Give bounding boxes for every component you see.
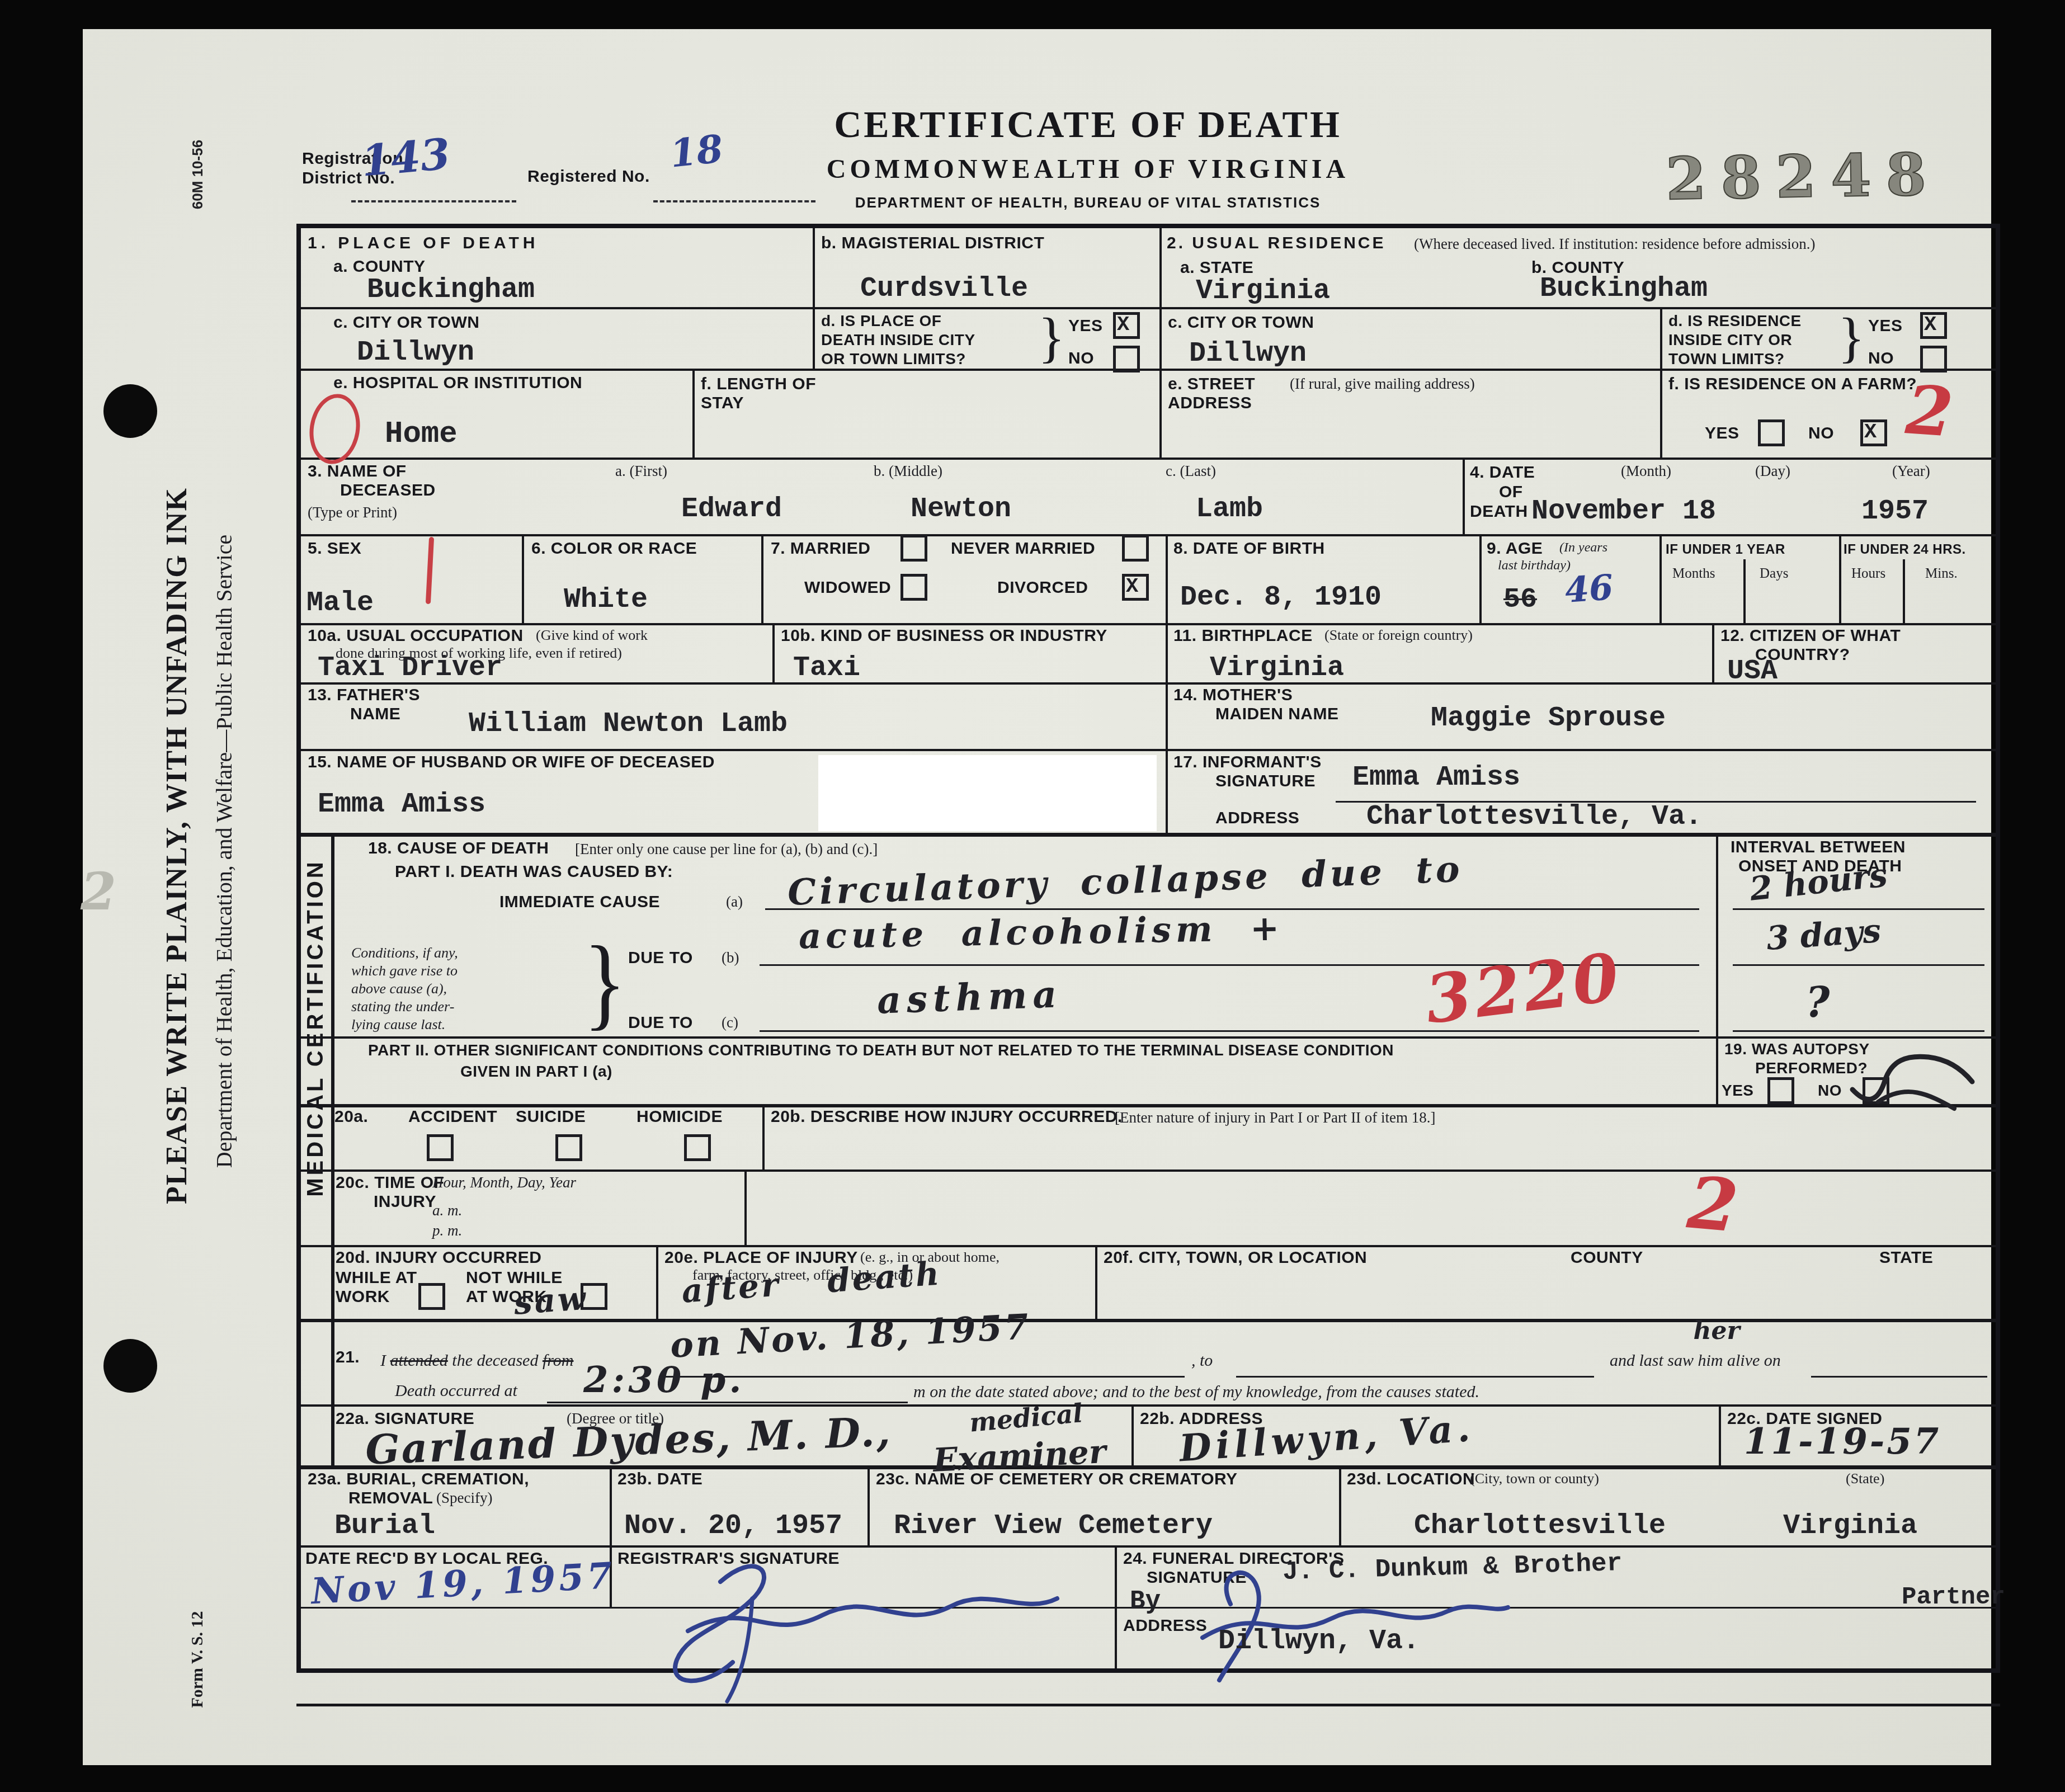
- residence-city-label: c. CITY OR TOWN: [1168, 313, 1314, 332]
- industry-label: 10b. KIND OF BUSINESS OR INDUSTRY: [781, 626, 1107, 645]
- occupation-label: 10a. USUAL OCCUPATION: [308, 626, 524, 645]
- father-name-value: William Newton Lamb: [469, 710, 788, 738]
- burial-value: Burial: [334, 1512, 435, 1540]
- district-no-value: 143: [360, 133, 452, 183]
- mins-label: Mins.: [1925, 566, 1958, 582]
- suicide-label: SUICIDE: [516, 1107, 586, 1126]
- injury-county-label: COUNTY: [1571, 1248, 1643, 1267]
- sex-label: 5. SEX: [308, 539, 361, 558]
- divider: [744, 1169, 747, 1245]
- burial-date-label: 23b. DATE: [617, 1470, 703, 1489]
- date-of-death-label-1: 4. DATE: [1470, 463, 1535, 482]
- department-subtitle: DEPARTMENT OF HEALTH, BUREAU OF VITAL ST…: [696, 195, 1479, 211]
- while-at-work-checkbox: [418, 1283, 445, 1310]
- cause-c-letter: (c): [722, 1015, 738, 1031]
- due-to-c-label: DUE TO: [628, 1013, 693, 1032]
- rule: [301, 749, 1996, 751]
- accident-checkbox: [427, 1134, 454, 1161]
- last-saw-sentence: and last saw himher alive on: [1610, 1351, 1781, 1370]
- medical-certification-rail: [331, 833, 334, 1465]
- due-to-b-label: DUE TO: [628, 949, 693, 968]
- citizen-value: USA: [1727, 658, 1778, 686]
- red-cause-code: 3220: [1422, 944, 1625, 1033]
- widowed-checkbox: [901, 574, 927, 601]
- mother-label-2: MAIDEN NAME: [1215, 705, 1339, 724]
- injury-occurred-label: 20d. INJURY OCCURRED: [336, 1248, 541, 1267]
- conditions-note-2: which gave rise to: [351, 963, 458, 979]
- months-label: Months: [1672, 566, 1715, 582]
- funeral-director-signature: [1168, 1558, 1515, 1687]
- rule: [301, 623, 1996, 625]
- hours-label: Hours: [1851, 566, 1885, 582]
- cemetery-city-value: Charlottesville: [1414, 1512, 1666, 1540]
- cause-b-value: acute alcoholism +: [799, 911, 1284, 954]
- farm-label: f. IS RESIDENCE ON A FARM?: [1668, 375, 1917, 394]
- funeral-address-label: ADDRESS: [1123, 1616, 1207, 1635]
- cemetery-location-note: (City, town or county): [1470, 1471, 1599, 1487]
- divider: [1166, 534, 1168, 833]
- autopsy-yes-checkbox: [1767, 1077, 1794, 1104]
- divider: [1903, 559, 1905, 623]
- hospital-value: Home: [385, 419, 458, 450]
- rule: [301, 369, 1996, 371]
- interval-c-line: [1733, 1030, 1984, 1032]
- month-label: (Month): [1621, 463, 1671, 480]
- serial-number-stamp: 28248: [1665, 145, 1941, 209]
- by-label: By: [1130, 1588, 1161, 1614]
- divider: [1719, 1404, 1721, 1465]
- limits-yes-label: YES: [1068, 317, 1103, 336]
- name-of-deceased-label-2: DECEASED: [340, 481, 436, 500]
- burial-note: (Specify): [436, 1490, 492, 1507]
- am-label: a. m.: [432, 1202, 462, 1219]
- spouse-label: 15. NAME OF HUSBAND OR WIFE OF DECEASED: [308, 753, 715, 772]
- farm-no-label: NO: [1808, 424, 1834, 443]
- cemetery-state-note: (State): [1846, 1471, 1884, 1487]
- conditions-note-3: above cause (a),: [351, 981, 447, 997]
- conditions-note-5: lying cause last.: [351, 1017, 445, 1033]
- married-checkbox: [901, 535, 927, 562]
- divider: [1159, 228, 1162, 458]
- informant-label-2: SIGNATURE: [1215, 772, 1316, 791]
- death-time-value: 2:30 p.: [583, 1362, 745, 1398]
- limits-no-checkbox: [1113, 346, 1140, 372]
- him-word: himher: [1698, 1351, 1723, 1370]
- farm-no-checkbox: X: [1860, 419, 1887, 446]
- certificate-paper: 60M 10-56 PLEASE WRITE PLAINLY, WITH UNF…: [83, 29, 1991, 1765]
- red-code-sex: [426, 537, 434, 604]
- brace: }: [1038, 310, 1065, 366]
- part2-label-2: GIVEN IN PART I (a): [460, 1063, 612, 1080]
- district-no-line: [351, 200, 516, 202]
- father-label-2: NAME: [350, 705, 400, 724]
- res-limits-yes-checkbox: X: [1920, 312, 1947, 339]
- death-time-line: [547, 1402, 908, 1403]
- age-note-2: last birthday): [1498, 558, 1571, 573]
- divider: [1659, 534, 1662, 623]
- brace: }: [583, 931, 626, 1034]
- race-label: 6. COLOR OR RACE: [531, 539, 697, 558]
- age-struck-value: 56: [1503, 586, 1537, 614]
- cause-a-letter: (a): [726, 894, 743, 911]
- date-of-death-label-2: OF: [1499, 483, 1523, 502]
- birthplace-value: Virginia: [1210, 654, 1344, 682]
- divider: [1463, 458, 1465, 534]
- days-label: Days: [1760, 566, 1788, 582]
- while-at-label: WHILE AT: [336, 1268, 417, 1288]
- certificate-title: CERTIFICATE OF DEATH: [696, 103, 1479, 145]
- race-value: White: [564, 586, 648, 614]
- certificate-form: 1. PLACE OF DEATH a. COUNTY Buckingham b…: [296, 224, 2000, 1673]
- divider: [522, 534, 524, 623]
- under-24-hrs-label: IF UNDER 24 HRS.: [1844, 543, 1966, 558]
- married-label: 7. MARRIED: [771, 539, 870, 558]
- punch-hole-top: [103, 384, 157, 438]
- cause-c-line: [760, 1030, 1699, 1032]
- divider: [1712, 623, 1714, 682]
- interval-label-1: INTERVAL BETWEEN: [1731, 838, 1906, 857]
- county-value: Buckingham: [367, 276, 535, 304]
- to-label: , to: [1191, 1351, 1213, 1370]
- red-code-hospital: [305, 390, 365, 468]
- limits-no-label: NO: [1068, 349, 1094, 368]
- cause-c-value: asthma: [876, 975, 1063, 1019]
- magisterial-label: b. MAGISTERIAL DISTRICT: [821, 234, 1044, 253]
- age-corrected-value: 46: [1564, 570, 1614, 608]
- pencil-mark: 2: [81, 866, 116, 917]
- spouse-value: Emma Amiss: [318, 791, 485, 819]
- date-signed-value: 11-19-57: [1744, 1424, 1941, 1460]
- occupation-value: Taxi Driver: [318, 654, 502, 682]
- immediate-cause-label: IMMEDIATE CAUSE: [499, 893, 660, 912]
- city-value: Dillwyn: [357, 339, 474, 367]
- divorced-label: DIVORCED: [997, 578, 1088, 597]
- res-limits-label-2: INSIDE CITY OR: [1668, 331, 1792, 348]
- usual-residence-note: (Where deceased lived. If institution: r…: [1414, 236, 1815, 253]
- res-limits-yes-label: YES: [1868, 317, 1903, 336]
- under-1-year-label: IF UNDER 1 YEAR: [1666, 543, 1785, 558]
- divider: [1131, 1404, 1134, 1465]
- death-occurred-rest: m on the date stated above; and to the b…: [913, 1383, 1479, 1401]
- length-of-stay-label-2: STAY: [701, 394, 744, 413]
- interval-a-line: [1733, 908, 1984, 910]
- rule: [301, 1545, 1996, 1548]
- limits-label-3: OR TOWN LIMITS?: [821, 350, 966, 367]
- father-label-1: 13. FATHER'S: [308, 686, 420, 705]
- middle-name-label: b. (Middle): [874, 463, 942, 480]
- date-of-death-label-3: DEATH: [1470, 502, 1528, 521]
- divider: [1479, 534, 1482, 623]
- divider: [610, 1465, 612, 1545]
- partner-label: Partner: [1902, 1585, 2005, 1610]
- never-married-checkbox: [1122, 535, 1149, 562]
- divider: [868, 1465, 870, 1545]
- res-limits-label-1: d. IS RESIDENCE: [1668, 312, 1802, 329]
- attended-to-line: [1236, 1376, 1594, 1378]
- res-limits-no-checkbox: [1920, 346, 1947, 372]
- cemetery-label: 23c. NAME OF CEMETERY OR CREMATORY: [876, 1470, 1238, 1489]
- brace: }: [1838, 310, 1865, 366]
- divider: [1339, 1465, 1341, 1545]
- item-21-number: 21.: [336, 1348, 360, 1367]
- burial-label-2: REMOVAL: [348, 1489, 433, 1508]
- time-of-injury-note: Hour, Month, Day, Year: [432, 1175, 576, 1191]
- informant-signature-value: Emma Amiss: [1352, 764, 1520, 792]
- street-note: (If rural, give mailing address): [1290, 376, 1475, 393]
- hospital-label: e. HOSPITAL OR INSTITUTION: [333, 374, 582, 393]
- last-name-label: c. (Last): [1166, 463, 1216, 480]
- farm-yes-checkbox: [1758, 419, 1785, 446]
- place-of-death-title: 1. PLACE OF DEATH: [308, 234, 539, 253]
- street-label-1: e. STREET: [1168, 375, 1255, 394]
- farm-yes-label: YES: [1705, 424, 1739, 443]
- residence-city-value: Dillwyn: [1189, 340, 1307, 368]
- first-name-value: Edward: [681, 496, 782, 524]
- street-label-2: ADDRESS: [1168, 394, 1252, 413]
- limits-label-1: d. IS PLACE OF: [821, 312, 941, 329]
- death-month-day-value: November 18: [1531, 498, 1716, 526]
- registrar-signature: [637, 1547, 1073, 1704]
- residence-state-value: Virginia: [1196, 277, 1330, 305]
- rule: [301, 458, 1996, 460]
- bottom-rule: [296, 1704, 2000, 1706]
- last-name-value: Lamb: [1196, 496, 1263, 524]
- divider: [762, 1104, 765, 1169]
- medical-certification-label: MEDICAL CERTIFICATION: [303, 859, 328, 1197]
- cause-a-value: Circulatory collapse due to: [787, 852, 1463, 911]
- informant-address-label: ADDRESS: [1215, 809, 1299, 828]
- conditions-note-1: Conditions, if any,: [351, 945, 458, 961]
- burial-date-value: Nov. 20, 1957: [624, 1512, 842, 1540]
- cemetery-value: River View Cemetery: [894, 1512, 1213, 1540]
- middle-name-value: Newton: [911, 496, 1011, 524]
- injury-class-number: 20a.: [334, 1107, 368, 1126]
- citizen-label-1: 12. CITIZEN OF WHAT: [1720, 626, 1901, 645]
- interval-c-value: ?: [1805, 982, 1830, 1024]
- res-limits-label-3: TOWN LIMITS?: [1668, 350, 1785, 367]
- never-married-label: NEVER MARRIED: [951, 539, 1095, 558]
- name-of-deceased-label-1: 3. NAME OF: [308, 462, 407, 481]
- rule: [301, 1169, 1996, 1172]
- date-of-birth-value: Dec. 8, 1910: [1180, 584, 1382, 612]
- autopsy-yes-label: YES: [1722, 1082, 1754, 1099]
- part1-label: PART I. DEATH WAS CAUSED BY:: [395, 862, 673, 881]
- registered-no-label: Registered No.: [527, 167, 650, 186]
- date-of-birth-label: 8. DATE OF BIRTH: [1173, 539, 1325, 558]
- rule: [301, 1404, 1996, 1407]
- red-code-injury: 2: [1685, 1167, 1741, 1242]
- suicide-checkbox: [555, 1134, 582, 1161]
- attended-date-value: on Nov. 18, 1957: [670, 1309, 1031, 1363]
- commonwealth-subtitle: COMMONWEALTH OF VIRGINIA: [696, 154, 1479, 185]
- informant-address-value: Charlottesville, Va.: [1366, 803, 1702, 831]
- industry-value: Taxi: [793, 654, 860, 682]
- print-code: 60M 10-56: [189, 140, 206, 209]
- autopsy-no-checkmark: [1845, 1046, 1979, 1113]
- red-code-farm: 2: [1904, 376, 1955, 447]
- first-name-label: a. (First): [615, 463, 667, 480]
- cemetery-location-label: 23d. LOCATION: [1347, 1470, 1475, 1489]
- divider: [1115, 1545, 1117, 1668]
- write-plainly-notice: PLEASE WRITE PLAINLY, WITH UNFADING INK: [161, 487, 194, 1204]
- day-label: (Day): [1755, 463, 1790, 480]
- part2-label-1: PART II. OTHER SIGNIFICANT CONDITIONS CO…: [368, 1041, 1394, 1059]
- widowed-label: WIDOWED: [804, 578, 891, 597]
- autopsy-no-label: NO: [1818, 1082, 1842, 1099]
- usual-residence-title: 2. USUAL RESIDENCE: [1167, 234, 1386, 253]
- divider: [1660, 307, 1662, 458]
- time-of-injury-label-2: INJURY: [374, 1192, 436, 1211]
- cause-of-death-label: 18. CAUSE OF DEATH: [368, 839, 549, 858]
- conditions-note-4: stating the under-: [351, 999, 454, 1015]
- length-of-stay-label-1: f. LENGTH OF: [701, 375, 816, 394]
- res-limits-no-label: NO: [1868, 349, 1894, 368]
- her-annotation: her: [1694, 1319, 1740, 1343]
- birthplace-note: (State or foreign country): [1324, 628, 1473, 644]
- divider: [692, 369, 695, 458]
- margin-department-line: Department of Health, Education, and Wel…: [211, 535, 237, 1168]
- rule-thick: [301, 1319, 1996, 1322]
- interval-b-value: 3 days: [1765, 914, 1882, 955]
- limits-yes-checkbox: X: [1113, 312, 1140, 339]
- city-label: c. CITY OR TOWN: [333, 313, 479, 332]
- divider: [813, 228, 815, 369]
- divider: [1716, 833, 1718, 1104]
- sex-value: Male: [307, 590, 374, 617]
- divider: [772, 623, 775, 682]
- homicide-label: HOMICIDE: [637, 1107, 723, 1126]
- time-of-injury-label-1: 20c. TIME OF: [336, 1173, 444, 1192]
- residence-county-value: Buckingham: [1540, 275, 1708, 303]
- injury-state-label: STATE: [1879, 1248, 1933, 1267]
- death-year-value: 1957: [1861, 498, 1929, 526]
- county-label: a. COUNTY: [333, 257, 426, 276]
- interval-b-line: [1733, 964, 1984, 966]
- divider: [761, 534, 763, 623]
- cemetery-state-value: Virginia: [1783, 1512, 1917, 1540]
- rule: [301, 1245, 1996, 1247]
- age-note-1: (In years: [1559, 540, 1607, 555]
- funeral-address-value: Dillwyn, Va.: [1218, 1628, 1420, 1656]
- accident-label: ACCIDENT: [408, 1107, 497, 1126]
- informant-label-1: 17. INFORMANT'S: [1173, 753, 1322, 772]
- burial-label-1: 23a. BURIAL, CREMATION,: [308, 1470, 529, 1489]
- birthplace-label: 11. BIRTHPLACE: [1173, 626, 1313, 645]
- rule-thick: [301, 833, 1996, 837]
- rule: [301, 307, 1996, 309]
- year-label: (Year): [1892, 463, 1930, 480]
- mother-label-1: 14. MOTHER'S: [1173, 686, 1293, 705]
- form-code: Form V. S. 12: [188, 1611, 207, 1708]
- magisterial-value: Curdsville: [860, 275, 1028, 303]
- punch-hole-bottom: [103, 1339, 157, 1393]
- type-or-print-note: (Type or Print): [308, 504, 397, 521]
- death-occurred-label: Death occurred at: [395, 1381, 517, 1400]
- mother-name-value: Maggie Sprouse: [1431, 705, 1666, 733]
- divorced-checkbox: X: [1122, 574, 1149, 601]
- homicide-checkbox: [684, 1134, 711, 1161]
- age-label: 9. AGE: [1487, 539, 1543, 558]
- divider: [1839, 534, 1841, 623]
- cause-of-death-note: [Enter only one cause per line for (a), …: [575, 841, 878, 858]
- pm-label: p. m.: [432, 1223, 462, 1239]
- residence-state-label: a. STATE: [1180, 258, 1253, 277]
- work-label: WORK: [336, 1288, 390, 1307]
- limits-label-2: DEATH INSIDE CITY: [821, 331, 975, 348]
- divider: [1743, 559, 1746, 623]
- attended-sentence: I attended the deceased from: [380, 1351, 573, 1370]
- describe-injury-note: [Enter nature of injury in Part I or Par…: [1115, 1110, 1436, 1126]
- rule: [301, 1036, 1996, 1039]
- last-saw-line: [1811, 1376, 1987, 1378]
- injury-city-label: 20f. CITY, TOWN, OR LOCATION: [1104, 1248, 1367, 1267]
- cause-b-letter: (b): [722, 950, 739, 966]
- divider: [1095, 1245, 1097, 1321]
- describe-injury-label: 20b. DESCRIBE HOW INJURY OCCURRED.: [771, 1107, 1123, 1126]
- redaction-box: [818, 755, 1157, 831]
- occupation-note-1: (Give kind of work: [536, 628, 648, 644]
